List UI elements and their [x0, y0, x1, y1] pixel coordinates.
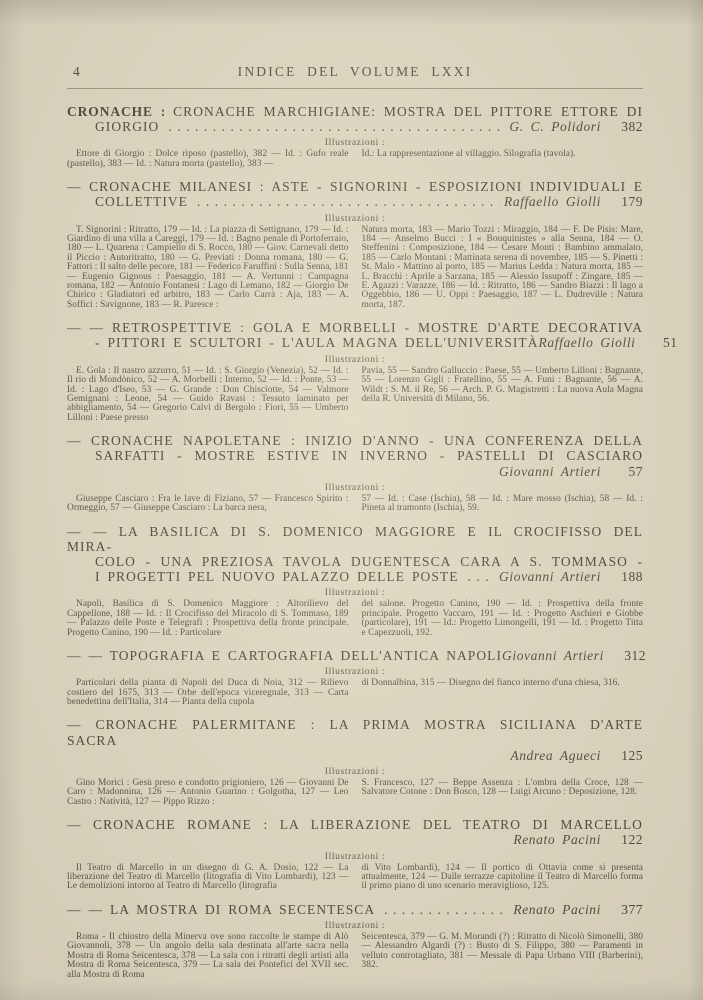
entry-title-text: COLLETTIVE — [95, 194, 188, 209]
entry-page-ref: 188 — [618, 569, 643, 584]
entry-title-line: — — RETROSPETTIVE : GOLA E MORBELLI - MO… — [67, 320, 643, 335]
illustrations-left-column: Roma - Il chiostro della Minerva ove son… — [67, 933, 349, 980]
entry-title-line: — CRONACHE MILANESI : ASTE - SIGNORINI -… — [67, 179, 643, 194]
illustrations-columns: Giuseppe Casciaro : Fra le lave di Fizia… — [67, 495, 643, 514]
header-title: INDICE DEL VOLUME LXXI — [67, 64, 643, 80]
illustrations-label: Illustrazioni : — [67, 587, 643, 599]
page-number: 4 — [73, 64, 81, 80]
entry-author-line: Andrea Agueci 125 — [67, 748, 643, 763]
entry-title-text: GIORGIO — [95, 119, 159, 134]
entry-author: Raffaello Giolli — [504, 194, 601, 209]
entry-lead: CRONACHE : — [67, 104, 166, 119]
entry-title-line: — CRONACHE ROMANE : LA LIBERAZIONE DEL T… — [67, 817, 643, 832]
illustrations-columns: Napoli, Basilica di S. Domenico Maggiore… — [67, 600, 643, 638]
entry-page-ref: 179 — [618, 194, 643, 209]
entry-author-line: Giovanni Artieri 57 — [67, 464, 643, 479]
entry-page-ref: 51 — [653, 335, 678, 350]
entry-author: Renato Pacini — [513, 902, 601, 917]
illustrations-right-column: S. Francesco, 127 — Beppe Assenza : L'om… — [362, 779, 644, 807]
entry-title-line: COLO - UNA PREZIOSA TAVOLA DUGENTESCA CA… — [67, 554, 643, 569]
index-entry-cronache-palermitane: — CRONACHE PALERMITANE : LA PRIMA MOSTRA… — [67, 717, 643, 807]
index-entry-cronache-milanesi: — CRONACHE MILANESI : ASTE - SIGNORINI -… — [67, 179, 643, 310]
leader-dots: ................. — [384, 902, 509, 917]
illustrations-left-column: Ettore di Giorgio : Dolce riposo (pastel… — [67, 150, 349, 169]
entry-title-line: GIORGIO ................................… — [67, 119, 643, 134]
illustrations-label: Illustrazioni : — [67, 851, 643, 863]
entry-title-text: — — LA MOSTRA DI ROMA SECENTESCA — [67, 902, 375, 917]
index-page: 4 INDICE DEL VOLUME LXXI CRONACHE :CRONA… — [67, 64, 643, 990]
illustrations-right-column: Seicentesca, 379 — G. M. Morandi (?) : R… — [362, 933, 644, 980]
index-entry-basilica-s-domenico: — — LA BASILICA DI S. DOMENICO MAGGIORE … — [67, 524, 643, 638]
entry-title-line: - PITTORI E SCULTORI - L'AULA MAGNA DELL… — [67, 335, 643, 350]
illustrations-right-column: di Vito Lombardi), 124 — Il portico di O… — [362, 864, 644, 892]
illustrations-left-column: Giuseppe Casciaro : Fra le lave di Fizia… — [67, 495, 349, 514]
entry-title-line: — — TOPOGRAFIA E CARTOGRAFIA DELL'ANTICA… — [67, 648, 643, 663]
entry-title-line: CRONACHE :CRONACHE MARCHIGIANE: MOSTRA D… — [67, 104, 643, 119]
illustrations-label: Illustrazioni : — [67, 137, 643, 149]
leader-dots: ........................................… — [197, 194, 500, 209]
illustrations-left-column: Gino Morici : Gesù preso e condotto prig… — [67, 779, 349, 807]
illustrations-right-column: del salone. Progetto Canino, 190 — Id. :… — [362, 600, 644, 638]
illustrations-columns: Roma - Il chiostro della Minerva ove son… — [67, 933, 643, 980]
entry-author: Giovanni Artieri — [502, 648, 604, 663]
entry-title-text: — — TOPOGRAFIA E CARTOGRAFIA DELL'ANTICA… — [67, 648, 502, 663]
index-entry-cronache-romane: — CRONACHE ROMANE : LA LIBERAZIONE DEL T… — [67, 817, 643, 892]
illustrations-right-column: Natura morta, 183 — Mario Tozzi : Miragg… — [362, 226, 644, 311]
entry-title-line: — CRONACHE PALERMITANE : LA PRIMA MOSTRA… — [67, 717, 643, 747]
illustrations-columns: Particolari della pianta di Napoli del D… — [67, 679, 643, 707]
illustrations-label: Illustrazioni : — [67, 766, 643, 778]
illustrations-label: Illustrazioni : — [67, 354, 643, 366]
entry-author: Giovanni Artieri — [499, 464, 601, 479]
entry-author: Giovanni Artieri — [499, 569, 601, 584]
illustrations-right-column: Pavia, 55 — Sandro Galluccio : Paese, 55… — [362, 367, 644, 423]
entry-title-line: — — LA MOSTRA DI ROMA SECENTESCA .......… — [67, 902, 643, 917]
entry-page-ref: 122 — [618, 832, 643, 847]
entry-title-line: I PROGETTI PEL NUOVO PALAZZO DELLE POSTE… — [67, 569, 643, 584]
entry-page-ref: 312 — [621, 648, 646, 663]
index-entry-cronache-napoletane: — CRONACHE NAPOLETANE : INIZIO D'ANNO - … — [67, 433, 643, 513]
entry-page-ref: 57 — [618, 464, 643, 479]
index-entry-cronache-marchigiane: CRONACHE :CRONACHE MARCHIGIANE: MOSTRA D… — [67, 104, 643, 169]
illustrations-columns: Gino Morici : Gesù preso e condotto prig… — [67, 779, 643, 807]
entry-title-line: — — LA BASILICA DI S. DOMENICO MAGGIORE … — [67, 524, 643, 554]
entry-author: G. C. Polidori — [509, 119, 601, 134]
leader-dots: ...... — [468, 569, 496, 584]
entry-title-line: SARFATTI - MOSTRE ESTIVE IN INVERNO - PA… — [67, 448, 643, 463]
entry-title-line: COLLETTIVE .............................… — [67, 194, 643, 209]
illustrations-label: Illustrazioni : — [67, 482, 643, 494]
entry-title-text: I PROGETTI PEL NUOVO PALAZZO DELLE POSTE — [95, 569, 459, 584]
illustrations-left-column: Particolari della pianta di Napoli del D… — [67, 679, 349, 707]
page-header: 4 INDICE DEL VOLUME LXXI — [67, 64, 643, 81]
illustrations-right-column: di Donnalbina, 315 — Disegno del fianco … — [362, 679, 644, 707]
illustrations-right-column: 57 — Id. : Case (Ischia), 58 — Id. : Mar… — [362, 495, 644, 514]
entry-author: Renato Pacini — [513, 832, 601, 847]
illustrations-left-column: Il Teatro di Marcello in un disegno di G… — [67, 864, 349, 892]
entry-author: Raffaello Giolli — [539, 335, 636, 350]
entry-page-ref: 377 — [618, 902, 643, 917]
entry-title-text: CRONACHE MARCHIGIANE: MOSTRA DEL PITTORE… — [173, 104, 643, 119]
entry-page-ref: 125 — [618, 748, 643, 763]
entry-title-line: — CRONACHE NAPOLETANE : INIZIO D'ANNO - … — [67, 433, 643, 448]
index-entries: CRONACHE :CRONACHE MARCHIGIANE: MOSTRA D… — [67, 104, 643, 980]
illustrations-columns: Ettore di Giorgio : Dolce riposo (pastel… — [67, 150, 643, 169]
index-entry-topografia-napoli: — — TOPOGRAFIA E CARTOGRAFIA DELL'ANTICA… — [67, 648, 643, 707]
entry-page-ref: 382 — [618, 119, 643, 134]
illustrations-columns: Il Teatro di Marcello in un disegno di G… — [67, 864, 643, 892]
illustrations-label: Illustrazioni : — [67, 920, 643, 932]
illustrations-left-column: E. Gola : Il nastro azzurro, 51 — Id. : … — [67, 367, 349, 423]
illustrations-left-column: T. Signorini : Ritratto, 179 — Id. : La … — [67, 226, 349, 311]
illustrations-label: Illustrazioni : — [67, 666, 643, 678]
header-rule — [67, 88, 643, 89]
entry-author: Andrea Agueci — [510, 748, 601, 763]
illustrations-right-column: Id.: La rappresentazione al villaggio. S… — [362, 150, 644, 169]
illustrations-columns: T. Signorini : Ritratto, 179 — Id. : La … — [67, 226, 643, 311]
entry-title-text: - PITTORI E SCULTORI - L'AULA MAGNA DELL… — [95, 335, 539, 350]
index-entry-mostra-roma-secentesca: — — LA MOSTRA DI ROMA SECENTESCA .......… — [67, 902, 643, 980]
entry-author-line: Renato Pacini 122 — [67, 832, 643, 847]
illustrations-left-column: Napoli, Basilica di S. Domenico Maggiore… — [67, 600, 349, 638]
illustrations-label: Illustrazioni : — [67, 213, 643, 225]
index-entry-retrospettive: — — RETROSPETTIVE : GOLA E MORBELLI - MO… — [67, 320, 643, 423]
leader-dots: ........................................… — [168, 119, 505, 134]
illustrations-columns: E. Gola : Il nastro azzurro, 51 — Id. : … — [67, 367, 643, 423]
